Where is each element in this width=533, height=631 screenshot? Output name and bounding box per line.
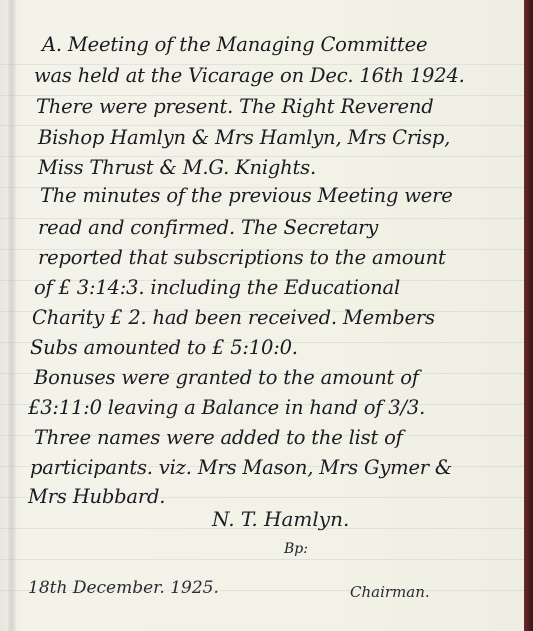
- minutes-line: £3:11:0 leaving a Balance in hand of 3/3…: [28, 396, 425, 419]
- minutes-line: of £ 3:14:3. including the Educational: [34, 276, 400, 299]
- minutes-line: reported that subscriptions to the amoun…: [38, 246, 446, 269]
- signing-date: 18th December. 1925.: [28, 578, 219, 598]
- minutes-line: Subs amounted to £ 5:10:0.: [30, 336, 298, 359]
- minutes-line: participants. viz. Mrs Mason, Mrs Gymer …: [30, 456, 452, 479]
- manuscript-page: A. Meeting of the Managing Committee was…: [0, 0, 524, 631]
- minutes-line: Bonuses were granted to the amount of: [34, 366, 419, 389]
- minutes-line: There were present. The Right Reverend: [36, 95, 434, 118]
- minutes-line: Bishop Hamlyn & Mrs Hamlyn, Mrs Crisp,: [38, 126, 450, 149]
- minutes-line: read and confirmed. The Secretary: [38, 216, 378, 239]
- minutes-line: Charity £ 2. had been received. Members: [32, 306, 435, 329]
- minutes-line: A. Meeting of the Managing Committee: [42, 33, 427, 56]
- minutes-line: was held at the Vicarage on Dec. 16th 19…: [34, 64, 465, 87]
- ruled-line: [0, 559, 524, 560]
- minutes-line: Mrs Hubbard.: [28, 485, 165, 508]
- minutes-line: The minutes of the previous Meeting were: [40, 184, 453, 207]
- signature-title: Bp:: [284, 541, 308, 557]
- signatory-role: Chairman.: [350, 583, 430, 601]
- minutes-line: Miss Thrust & M.G. Knights.: [38, 156, 316, 179]
- book-binding-edge: [524, 0, 533, 631]
- signature-name: N. T. Hamlyn.: [212, 507, 349, 531]
- minutes-line: Three names were added to the list of: [34, 426, 403, 449]
